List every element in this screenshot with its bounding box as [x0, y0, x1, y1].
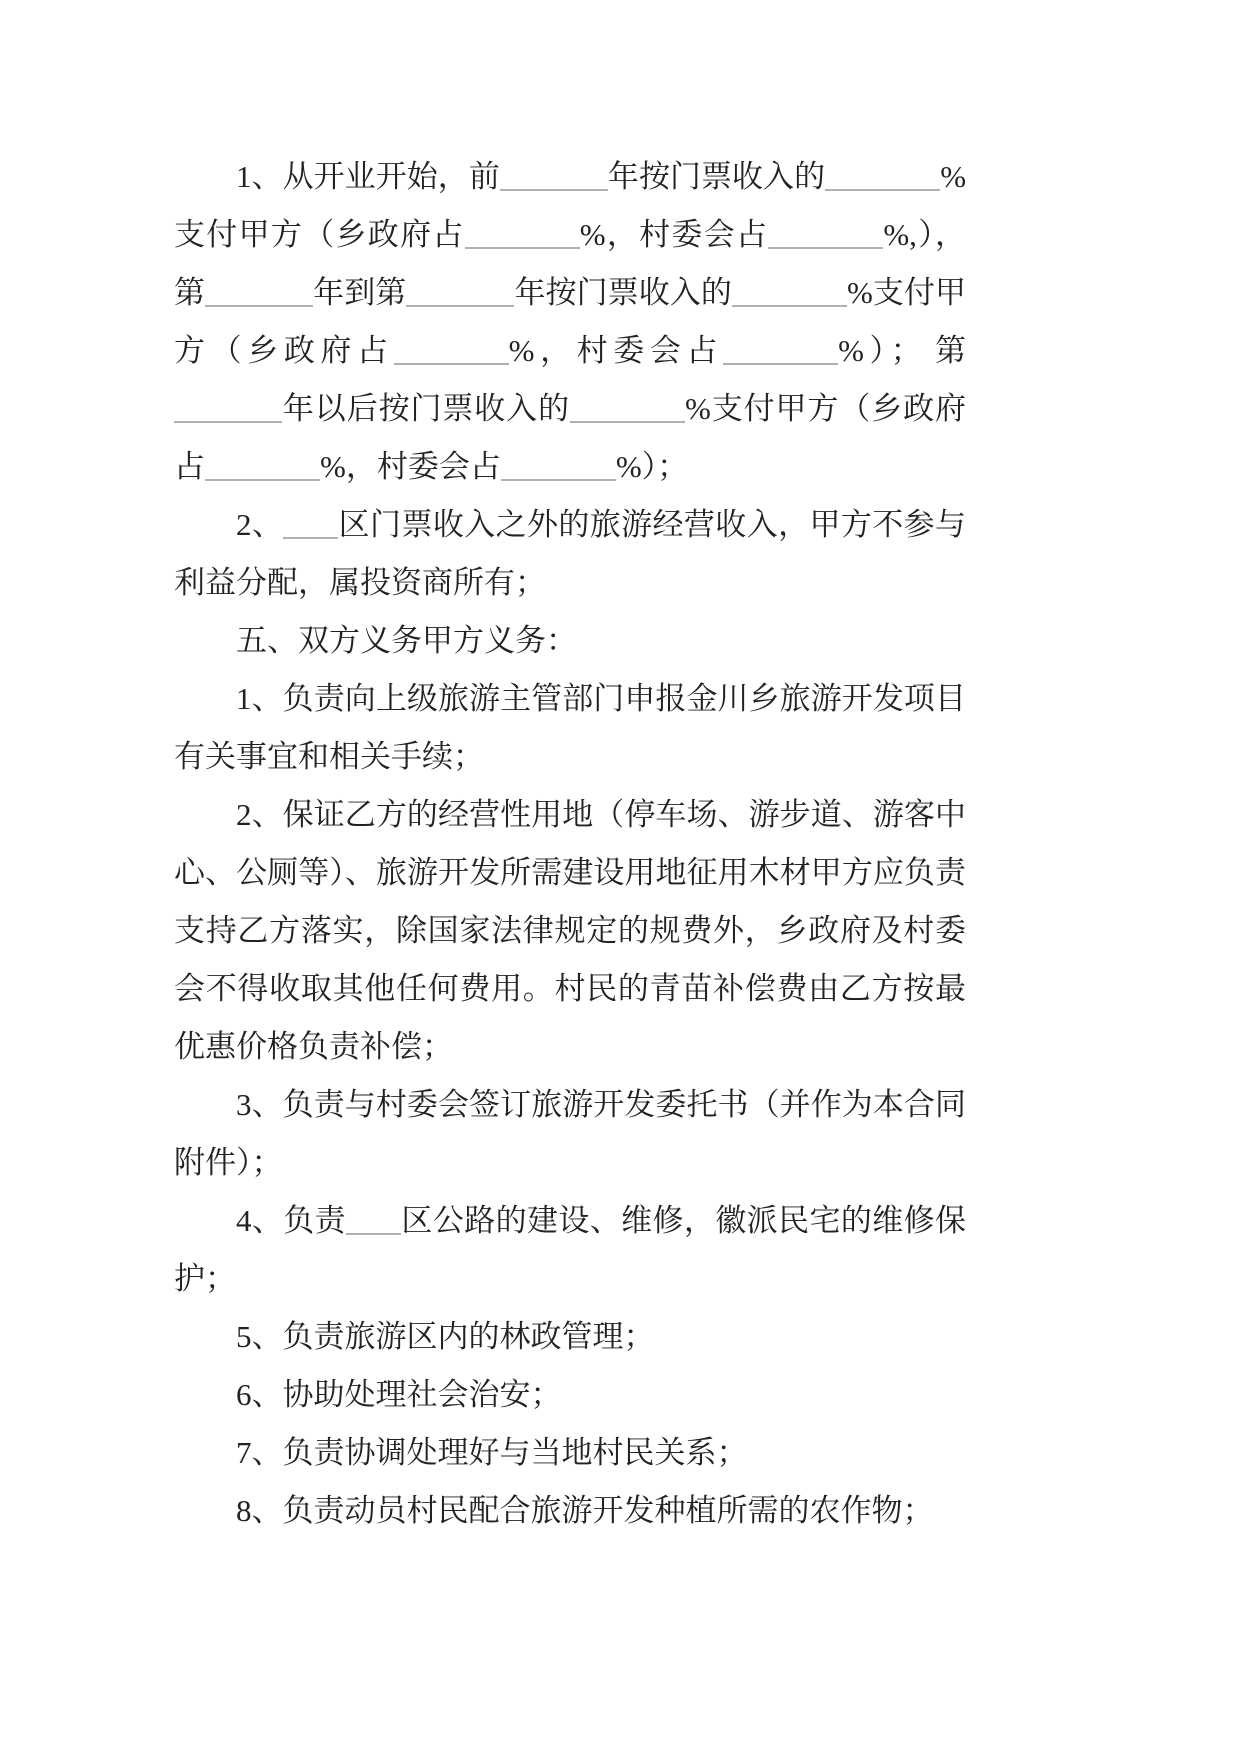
text-run: 2、保证乙方的经营性用地（停车场、游步道、游客中心、公厕等）、旅游开发所需建设用… — [174, 797, 966, 1064]
fill-in-blank — [406, 274, 514, 307]
fill-in-blank — [500, 158, 608, 191]
text-run: 6、协助处理社会治安； — [236, 1377, 562, 1412]
party-a-duty-7: 7、负责协调处理好与当地村民关系； — [174, 1424, 966, 1482]
text-run: %，村委会占 — [509, 333, 723, 368]
text-run: %，村委会占 — [580, 217, 769, 252]
text-run: 3、负责与村委会签订旅游开发委托书（并作为本合同附件）； — [174, 1087, 966, 1180]
fill-in-blank — [205, 274, 313, 307]
fill-in-blank — [394, 332, 509, 365]
fill-in-blank — [346, 1202, 401, 1235]
party-a-duty-8: 8、负责动员村民配合旅游开发种植所需的农作物； — [174, 1482, 966, 1540]
heading-section-5-obligations: 五、双方义务甲方义务： — [174, 612, 966, 670]
fill-in-blank — [465, 216, 580, 249]
fill-in-blank — [501, 448, 616, 481]
text-run: 年以后按门票收入的 — [282, 391, 570, 426]
text-run: 4、负责 — [236, 1203, 346, 1238]
party-a-duty-3: 3、负责与村委会签订旅游开发委托书（并作为本合同附件）； — [174, 1076, 966, 1192]
text-run: 2、 — [236, 507, 283, 542]
party-a-duty-1: 1、负责向上级旅游主管部门申报金川乡旅游开发项目有关事宜和相关手续； — [174, 670, 966, 786]
fill-in-blank — [768, 216, 883, 249]
text-run: 1、从开业开始，前 — [236, 159, 500, 194]
clause-1-ticket-revenue-split: 1、从开业开始，前年按门票收入的%支付甲方（乡政府占%，村委会占%,），第年到第… — [174, 148, 966, 496]
fill-in-blank — [283, 506, 338, 539]
text-run: 年按门票收入的 — [514, 275, 732, 310]
text-run: 年到第 — [313, 275, 406, 310]
text-run: 五、双方义务甲方义务： — [236, 623, 577, 658]
party-a-duty-5: 5、负责旅游区内的林政管理； — [174, 1308, 966, 1366]
fill-in-blank — [205, 448, 320, 481]
fill-in-blank — [825, 158, 940, 191]
fill-in-blank — [570, 390, 685, 423]
text-run: %，村委会占 — [320, 449, 501, 484]
fill-in-blank — [174, 390, 282, 423]
clause-2-other-revenue: 2、区门票收入之外的旅游经营收入，甲方不参与利益分配，属投资商所有； — [174, 496, 966, 612]
document-page: 1、从开业开始，前年按门票收入的%支付甲方（乡政府占%，村委会占%,），第年到第… — [0, 0, 1241, 1754]
document-body: 1、从开业开始，前年按门票收入的%支付甲方（乡政府占%，村委会占%,），第年到第… — [0, 0, 966, 1540]
party-a-duty-4: 4、负责区公路的建设、维修，徽派民宅的维修保护； — [174, 1192, 966, 1308]
text-run: 年按门票收入的 — [608, 159, 825, 194]
text-run: 5、负责旅游区内的林政管理； — [236, 1319, 655, 1354]
text-run: 8、负责动员村民配合旅游开发种植所需的农作物； — [236, 1493, 934, 1528]
text-run: 7、负责协调处理好与当地村民关系； — [236, 1435, 748, 1470]
text-run: %）； 第 — [838, 333, 966, 368]
fill-in-blank — [723, 332, 838, 365]
fill-in-blank — [732, 274, 847, 307]
party-a-duty-2: 2、保证乙方的经营性用地（停车场、游步道、游客中心、公厕等）、旅游开发所需建设用… — [174, 786, 966, 1076]
party-a-duty-6: 6、协助处理社会治安； — [174, 1366, 966, 1424]
text-run: 1、负责向上级旅游主管部门申报金川乡旅游开发项目有关事宜和相关手续； — [174, 681, 966, 774]
text-run: %）； — [616, 449, 688, 484]
